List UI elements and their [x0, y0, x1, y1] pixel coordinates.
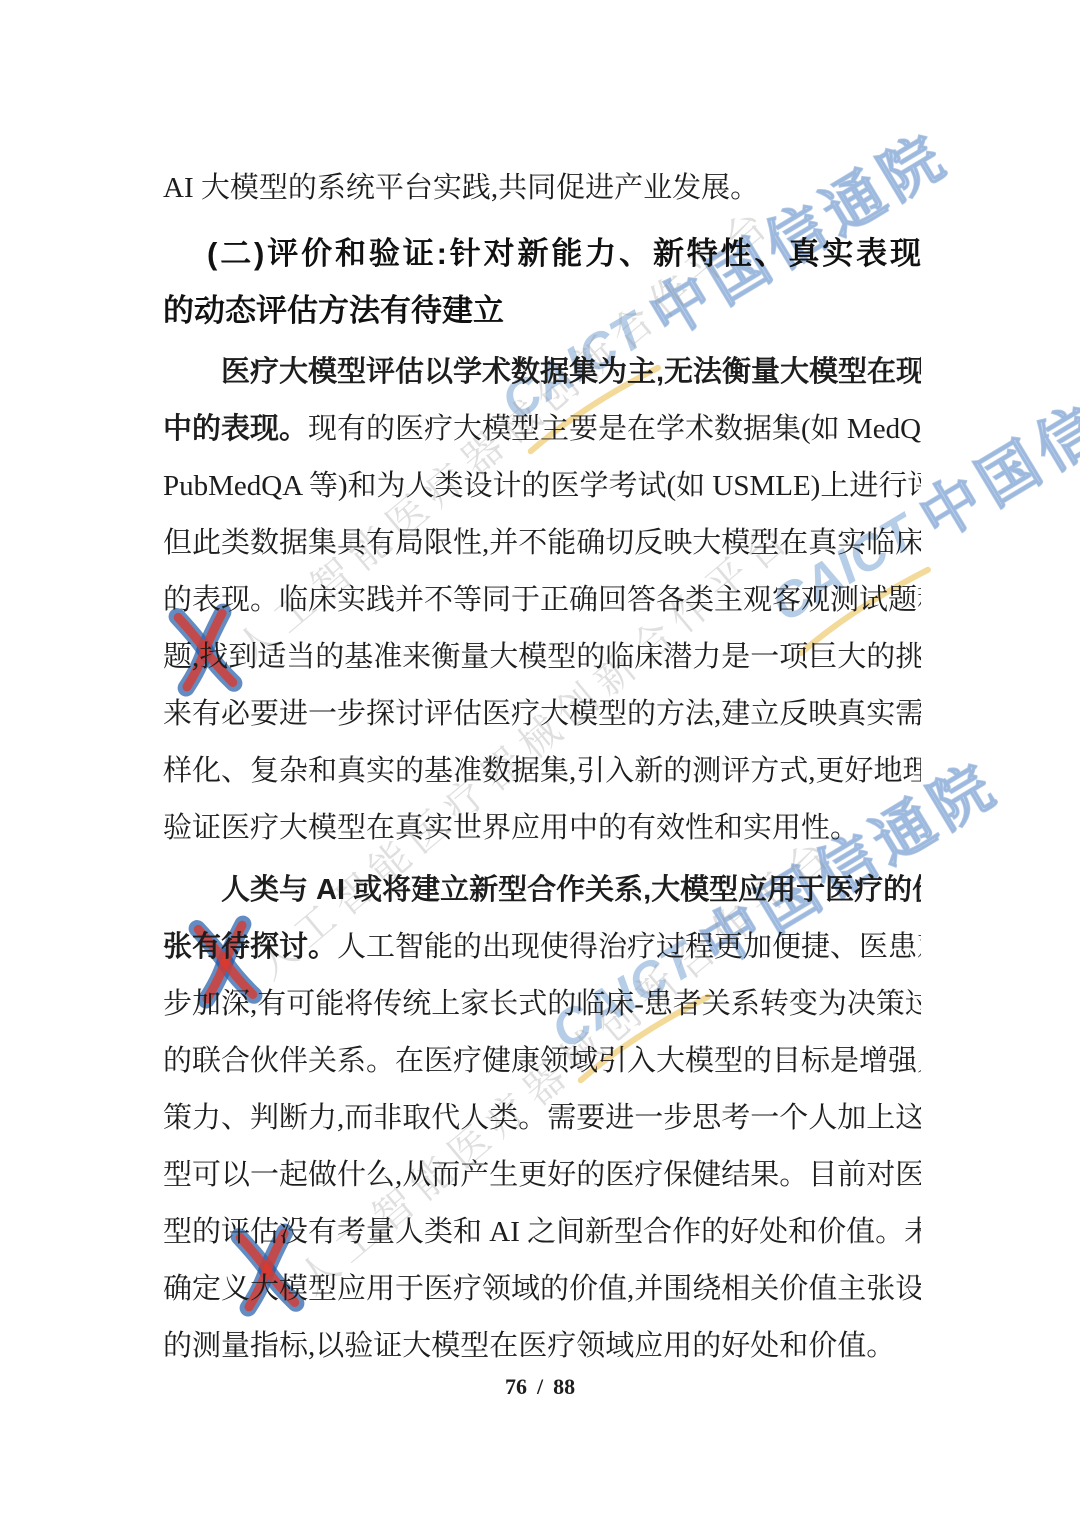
text-line: 的联合伙伴关系。在医疗健康领域引入大模型的目标是增强人类的决 — [163, 1033, 921, 1090]
text-line: PubMedQA 等)和为人类设计的医学考试(如 USMLE)上进行评估, — [163, 458, 921, 515]
caict-watermark-cn: 中国信通院 — [901, 311, 1080, 557]
text-segment: 验证医疗大模型在真实世界应用中的有效性和实用性。 — [163, 812, 859, 844]
text-line: 人类与 AI 或将建立新型合作关系,大模型应用于医疗的价值主 — [163, 862, 921, 919]
text-segment: 的表现。临床实践并不等同于正确回答各类主观客观测试题和考试问 — [163, 584, 921, 616]
text-line: AI 大模型的系统平台实践,共同促进产业发展。 — [163, 160, 921, 217]
text-line: 确定义大模型应用于医疗领域的价值,并围绕相关价值主张设立对应 — [163, 1261, 921, 1318]
heading-line: (二)评价和验证:针对新能力、新特性、真实表现 — [163, 225, 921, 282]
text-line: 的表现。临床实践并不等同于正确回答各类主观客观测试题和考试问 — [163, 572, 921, 629]
text-segment: 来有必要进一步探讨评估医疗大模型的方法,建立反映真实需求的多 — [163, 698, 921, 730]
text-segment: AI 大模型的系统平台实践,共同促进产业发展。 — [163, 172, 759, 204]
paragraph: 人类与 AI 或将建立新型合作关系,大模型应用于医疗的价值主张有待探讨。人工智能… — [163, 862, 921, 1375]
page-number-current: 76 — [505, 1374, 527, 1400]
paragraph: AI 大模型的系统平台实践,共同促进产业发展。 — [163, 160, 921, 217]
document-page: CAICT 中国信通院 CAICT 中国信通院 CAICT 中国信通院 人工智能… — [0, 0, 1080, 1528]
text-line: 来有必要进一步探讨评估医疗大模型的方法,建立反映真实需求的多 — [163, 686, 921, 743]
text-line: 步加深,有可能将传统上家长式的临床-患者关系转变为决策过程中 — [163, 976, 921, 1033]
text-line: 型可以一起做什么,从而产生更好的医疗保健结果。目前对医疗大模 — [163, 1147, 921, 1204]
text-line: 中的表现。现有的医疗大模型主要是在学术数据集(如 MedQA、 — [163, 401, 921, 458]
text-segment: 确定义大模型应用于医疗领域的价值,并围绕相关价值主张设立对应 — [163, 1273, 921, 1305]
text-line: 题,找到适当的基准来衡量大模型的临床潜力是一项巨大的挑战。未 — [163, 629, 921, 686]
text-segment: 步加深,有可能将传统上家长式的临床-患者关系转变为决策过程中 — [163, 988, 921, 1020]
text-segment: 现有的医疗大模型主要是在学术数据集(如 MedQA、 — [308, 413, 921, 445]
bold-text-segment: 张有待探讨。 — [163, 931, 337, 963]
text-segment: 但此类数据集具有局限性,并不能确切反映大模型在真实临床任务中 — [163, 527, 921, 559]
text-line: 策力、判断力,而非取代人类。需要进一步思考一个人加上这些大模 — [163, 1090, 921, 1147]
text-line: 医疗大模型评估以学术数据集为主,无法衡量大模型在现实世界 — [163, 344, 921, 401]
bold-text-segment: 的动态评估方法有待建立 — [163, 293, 504, 328]
text-line: 张有待探讨。人工智能的出现使得治疗过程更加便捷、医患对话进一 — [163, 919, 921, 976]
text-segment: 型可以一起做什么,从而产生更好的医疗保健结果。目前对医疗大模 — [163, 1159, 921, 1191]
text-segment: PubMedQA 等)和为人类设计的医学考试(如 USMLE)上进行评估, — [163, 470, 921, 502]
page-number-total: 88 — [553, 1374, 575, 1400]
paragraph: 医疗大模型评估以学术数据集为主,无法衡量大模型在现实世界中的表现。现有的医疗大模… — [163, 344, 921, 857]
bold-text-segment: 医疗大模型评估以学术数据集为主,无法衡量大模型在现实世界 — [221, 356, 921, 388]
text-segment: 策力、判断力,而非取代人类。需要进一步思考一个人加上这些大模 — [163, 1102, 921, 1134]
text-line: 但此类数据集具有局限性,并不能确切反映大模型在真实临床任务中 — [163, 515, 921, 572]
text-segment: 样化、复杂和真实的基准数据集,引入新的测评方式,更好地理解和 — [163, 755, 921, 787]
text-segment: 人工智能的出现使得治疗过程更加便捷、医患对话进一 — [337, 931, 921, 963]
text-segment: 的测量指标,以验证大模型在医疗领域应用的好处和价值。 — [163, 1330, 895, 1362]
heading-line: 的动态评估方法有待建立 — [163, 282, 921, 339]
text-segment: 型的评估没有考量人类和 AI 之间新型合作的好处和价值。未来需明 — [163, 1216, 921, 1248]
text-segment: 的联合伙伴关系。在医疗健康领域引入大模型的目标是增强人类的决 — [163, 1045, 921, 1077]
bold-text-segment: 人类与 AI 或将建立新型合作关系,大模型应用于医疗的价值主 — [221, 874, 921, 906]
document-body: AI 大模型的系统平台实践,共同促进产业发展。(二)评价和验证:针对新能力、新特… — [163, 160, 921, 1375]
section-heading: (二)评价和验证:针对新能力、新特性、真实表现的动态评估方法有待建立 — [163, 225, 921, 339]
page-footer: 76 / 88 — [0, 1365, 1080, 1409]
bold-text-segment: (二)评价和验证:针对新能力、新特性、真实表现 — [207, 236, 921, 271]
text-segment: 题,找到适当的基准来衡量大模型的临床潜力是一项巨大的挑战。未 — [163, 641, 921, 673]
text-line: 型的评估没有考量人类和 AI 之间新型合作的好处和价值。未来需明 — [163, 1204, 921, 1261]
text-line: 样化、复杂和真实的基准数据集,引入新的测评方式,更好地理解和 — [163, 743, 921, 800]
text-line: 验证医疗大模型在真实世界应用中的有效性和实用性。 — [163, 800, 921, 857]
page-number-separator: / — [537, 1374, 543, 1400]
bold-text-segment: 中的表现。 — [163, 413, 308, 445]
